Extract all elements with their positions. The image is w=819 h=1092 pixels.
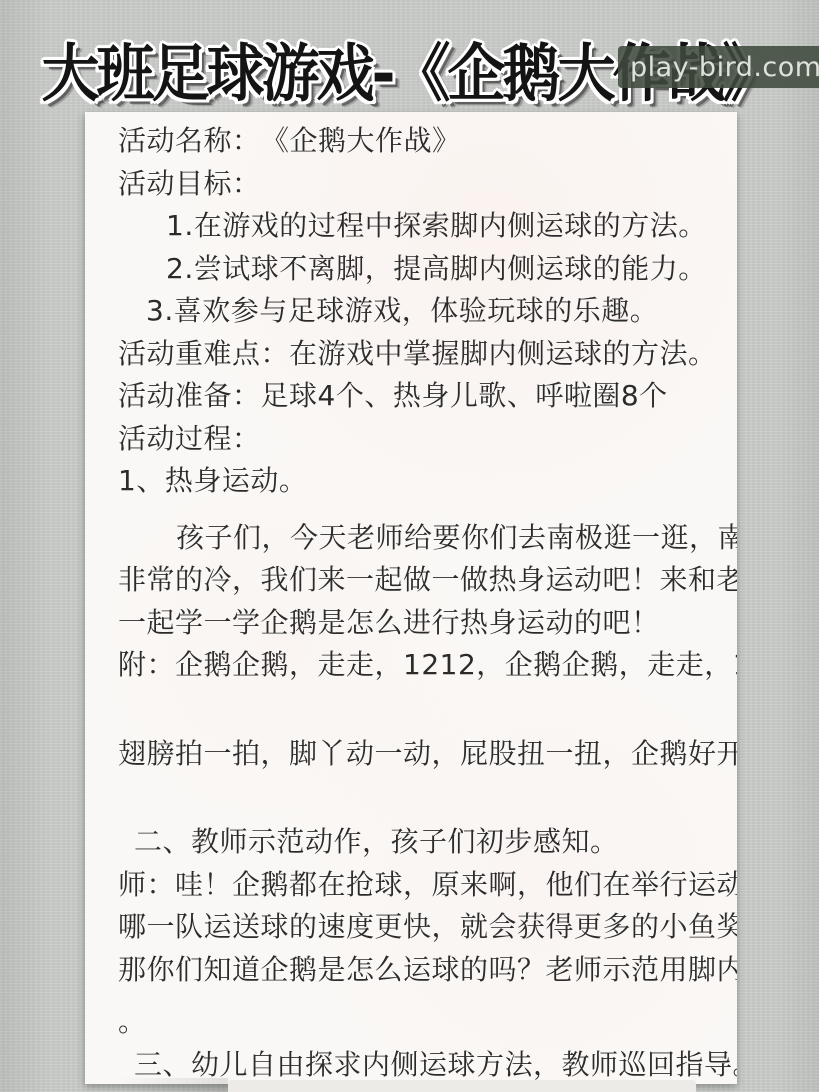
doc-line-rhyme-1: 附：企鹅企鹅，走走，1212，企鹅企鹅，走走，1212 <box>118 644 719 687</box>
doc-line-teacher-2: 哪一队运送球的速度更快，就会获得更多的小鱼奖励哦 <box>118 906 719 949</box>
doc-line-step-2: 二、教师示范动作，孩子们初步感知。 <box>118 821 719 864</box>
doc-line-goals-heading: 活动目标： <box>118 163 719 206</box>
document-card: 活动名称： 《企鹅大作战》 活动目标： 1.在游戏的过程中探索脚内侧运球的方法。… <box>85 112 737 1084</box>
page: 大班足球游戏-《企鹅大作战》 play-bird.com 活动名称： 《企鹅大作… <box>0 0 819 1092</box>
doc-line-rhyme-2: 翅膀拍一拍，脚丫动一动，屁股扭一扭，企鹅好开心 <box>118 733 719 776</box>
watermark-badge: play-bird.com <box>618 46 819 88</box>
watermark-text: play-bird.com <box>630 52 819 83</box>
doc-line-key-points: 活动重难点：在游戏中掌握脚内侧运球的方法。 <box>118 333 719 376</box>
doc-line-preparation: 活动准备：足球4个、热身儿歌、呼啦圈8个 <box>118 375 719 418</box>
card-bottom-shadow <box>118 1078 228 1092</box>
doc-line-para-1: 孩子们，今天老师给要你们去南极逛一逛，南极 <box>118 517 719 560</box>
doc-line-period: 。 <box>118 1001 719 1044</box>
doc-line-goal-3: 3.喜欢参与足球游戏，体验玩球的乐趣。 <box>118 290 719 333</box>
doc-line-teacher-3: 那你们知道企鹅是怎么运球的吗？老师示范用脚内侧运 <box>118 949 719 992</box>
page-edge-strip <box>228 1080 696 1092</box>
doc-line-goal-1: 1.在游戏的过程中探索脚内侧运球的方法。 <box>118 205 719 248</box>
doc-line-teacher-1: 师：哇！企鹅都在抢球，原来啊，他们在举行运动会 <box>118 864 719 907</box>
doc-line-process-heading: 活动过程： <box>118 418 719 461</box>
doc-line-para-3: 一起学一学企鹅是怎么进行热身运动的吧！ <box>118 602 719 645</box>
doc-line-para-2: 非常的冷，我们来一起做一做热身运动吧！来和老师 <box>118 559 719 602</box>
doc-line-step-1: 1、热身运动。 <box>118 460 719 503</box>
doc-line-activity-name: 活动名称： 《企鹅大作战》 <box>118 120 719 163</box>
doc-line-goal-2: 2.尝试球不离脚，提高脚内侧运球的能力。 <box>118 248 719 291</box>
